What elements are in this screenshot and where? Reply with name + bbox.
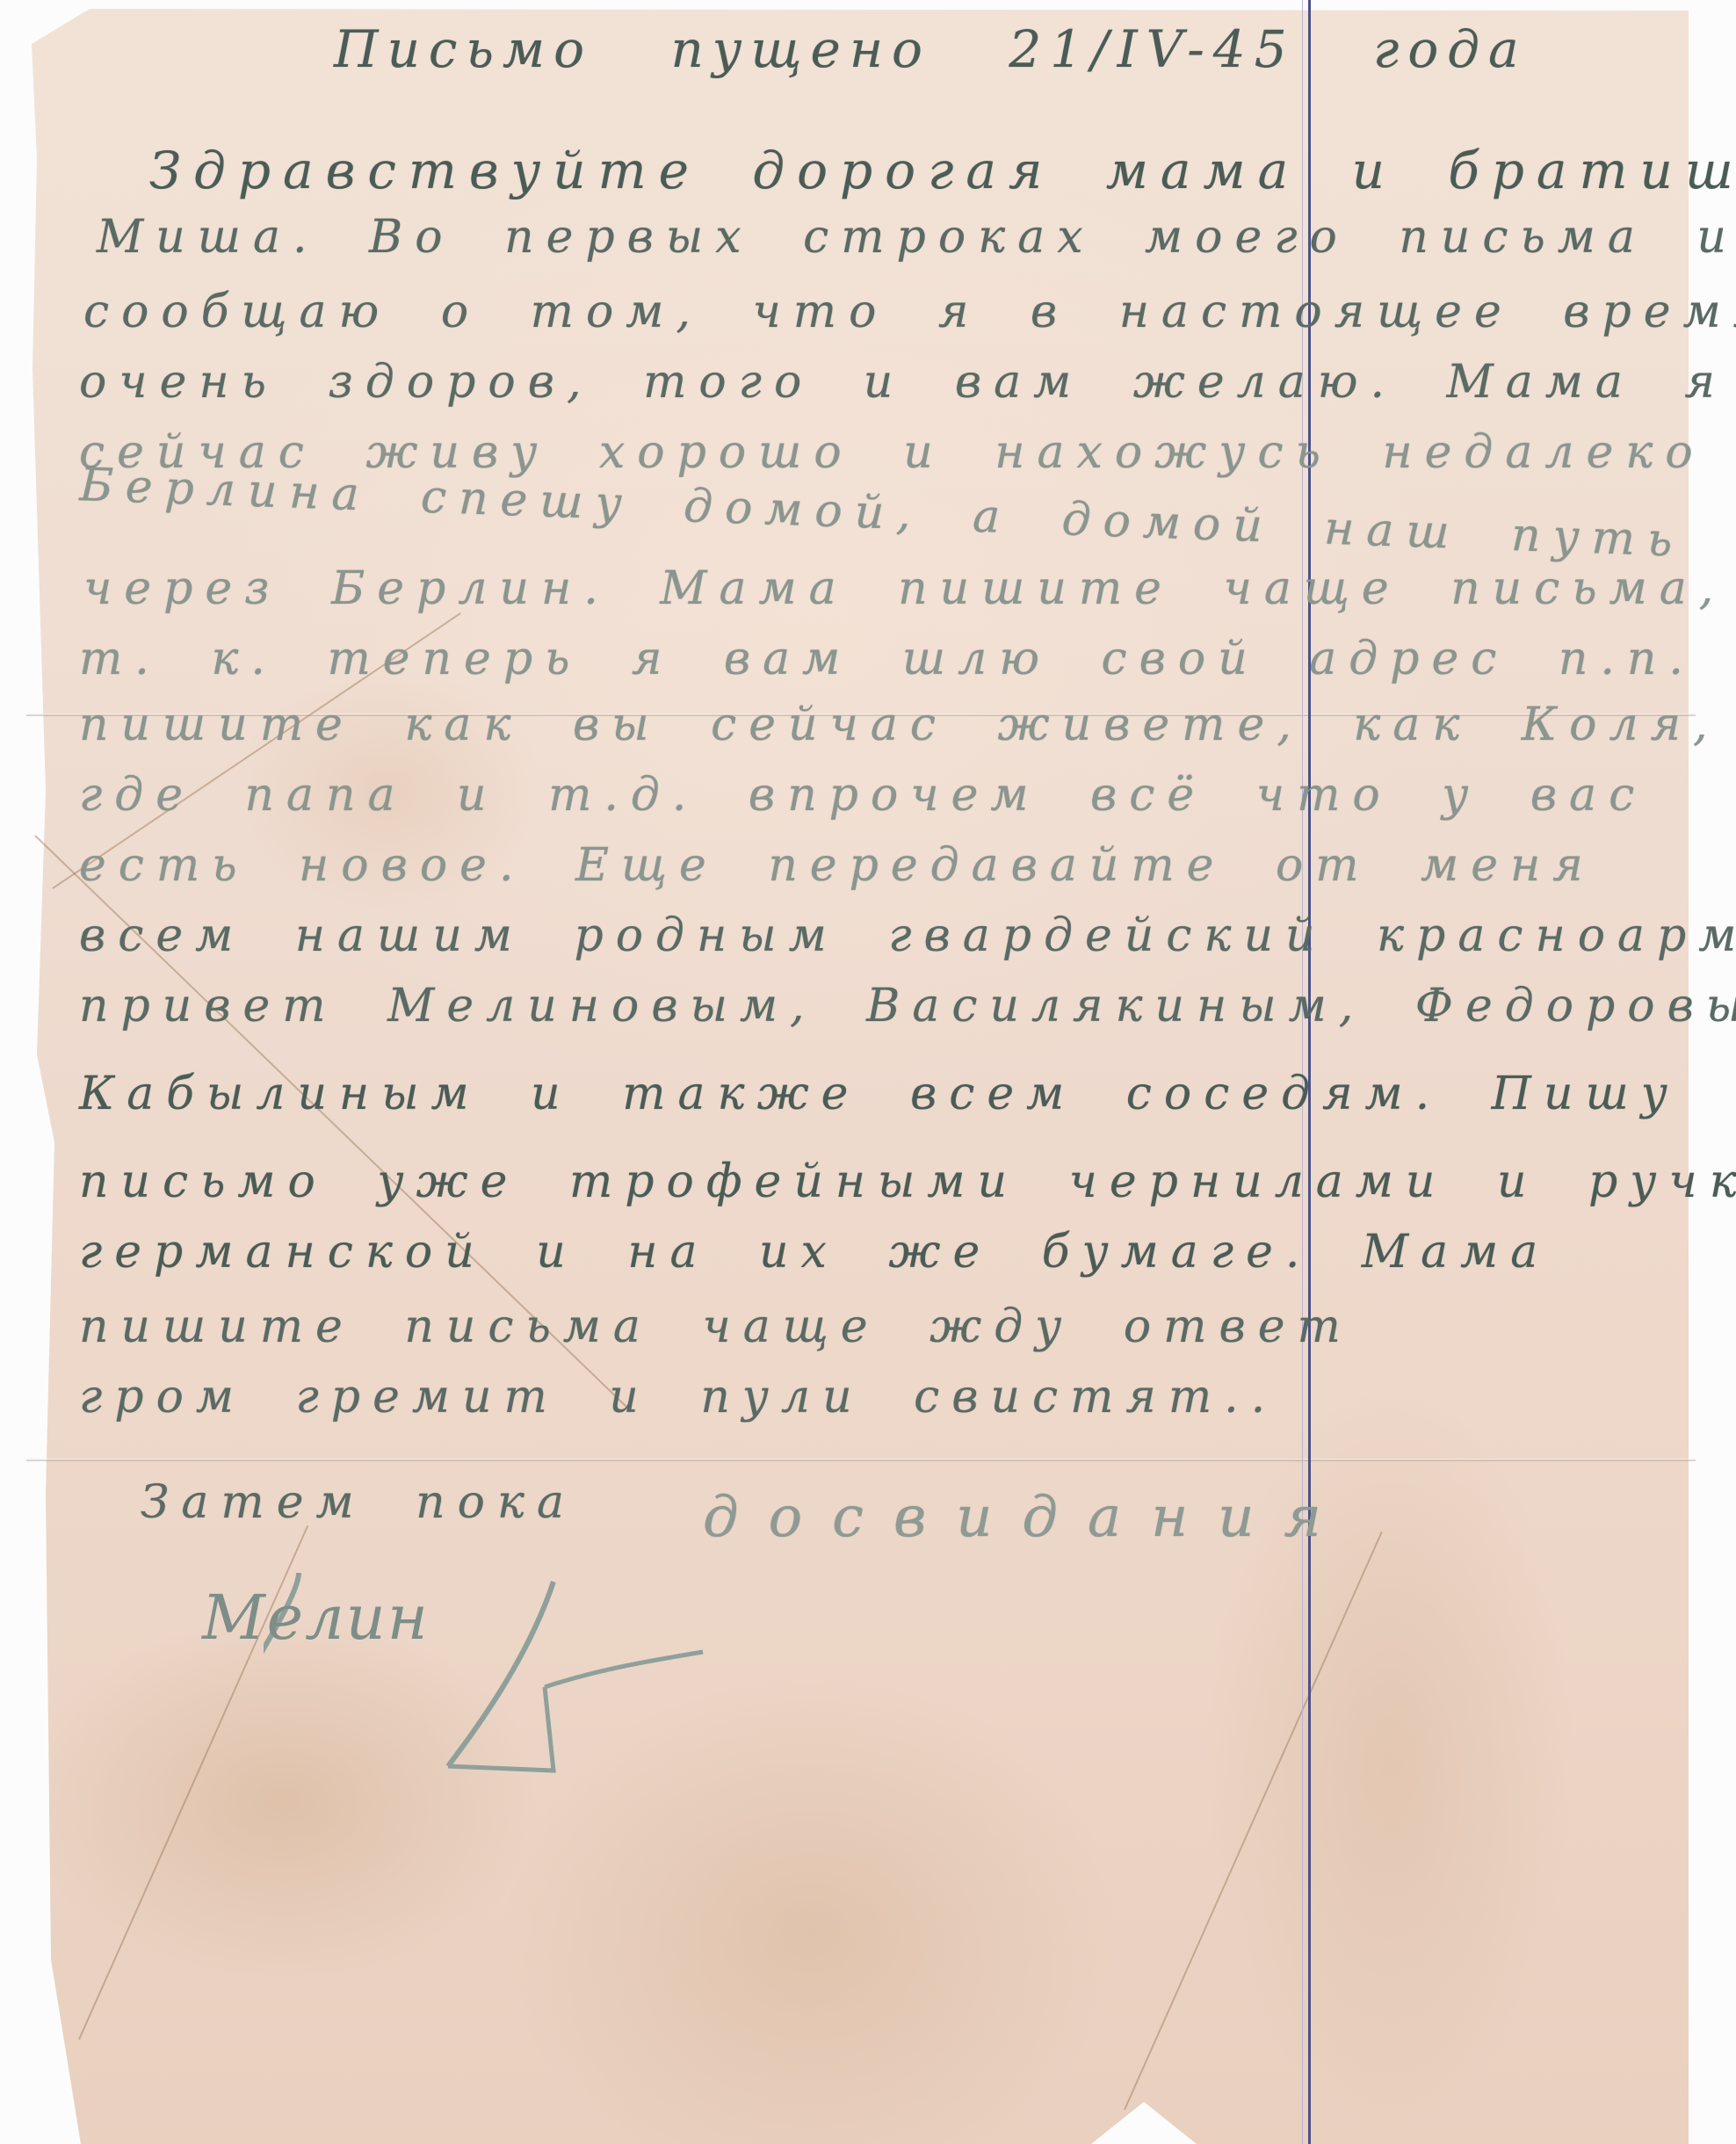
letter-heading: Письмо пущено 21/IV-45 года	[334, 19, 1528, 79]
letter-line: Миша. Во первых строках моего письма и в…	[97, 211, 1736, 264]
letter-line: письмо уже трофейными чернилами и ручкой	[79, 1155, 1736, 1208]
scanned-letter: Письмо пущено 21/IV-45 года Здравствуйте…	[0, 0, 1736, 2144]
letter-line: т. к. теперь я вам шлю свой адрес п.п. 0…	[79, 633, 1736, 685]
letter-line: через Берлин. Мама пишите чаще письма,	[83, 562, 1725, 615]
letter-body: Письмо пущено 21/IV-45 года Здравствуйте…	[0, 0, 1736, 2144]
closing-greeting: Затем пока	[141, 1476, 576, 1529]
closing-farewell: досвидания	[703, 1485, 1351, 1550]
letter-line: всем нашим родным гвардейский красноарме…	[79, 909, 1736, 962]
letter-line: гром гремит и пули свистят..	[79, 1371, 1277, 1423]
letter-line: привет Мелиновым, Василякиным, Федоровым	[79, 980, 1736, 1032]
letter-line: сообщаю о том, что я в настоящее время	[83, 286, 1736, 338]
letter-line: германской и на их же бумаге. Мама	[79, 1226, 1550, 1278]
letter-line: Кабылиным и также всем соседям. Пишу	[79, 1068, 1680, 1120]
letter-line: где папа и т.д. впрочем всё что у вас	[79, 769, 1646, 822]
signature: Мелин	[202, 1582, 430, 1654]
letter-line: Здравствуйте дорогая мама и братишка	[149, 141, 1736, 200]
letter-line: очень здоров, того и вам желаю. Мама я	[79, 356, 1727, 409]
letter-line: пишите письма чаще жду ответ	[79, 1300, 1353, 1353]
letter-line: пишите как вы сейчас живете, как Коля, в	[79, 699, 1736, 751]
letter-line: есть новое. Еще передавайте от меня	[79, 839, 1595, 892]
